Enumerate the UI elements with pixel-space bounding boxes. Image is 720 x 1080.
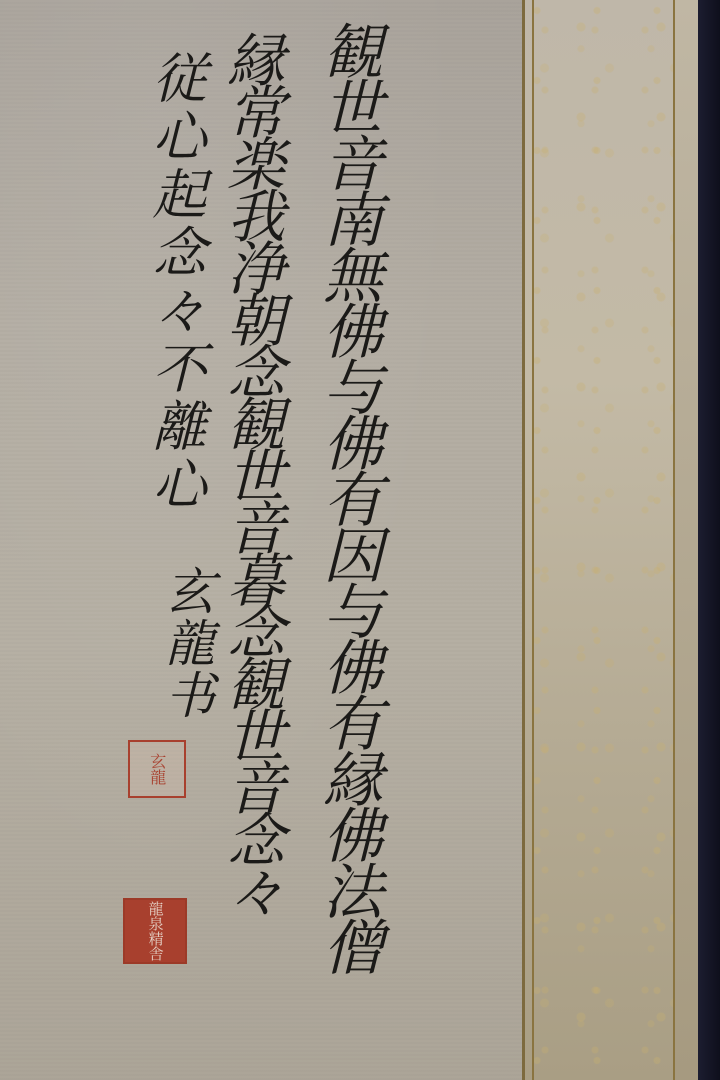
calligraphy-paper: 観世音南無佛与佛有因与佛有縁佛法僧 縁常楽我浄朝念観世音暮念観世音念々 従心起念…: [0, 0, 524, 1080]
artist-seal-lower: 龍泉精舎: [123, 898, 187, 964]
calligraphy-column-3: 従心起念々不離心: [148, 50, 202, 514]
calligraphy-column-1: 観世音南無佛与佛有因与佛有縁佛法僧: [318, 20, 378, 972]
hanging-scroll: 観世音南無佛与佛有因与佛有縁佛法僧 縁常楽我浄朝念観世音暮念観世音念々 従心起念…: [0, 0, 698, 1080]
artist-signature: 玄龍书: [150, 565, 222, 721]
dark-background-edge: [698, 0, 720, 1080]
calligraphy-column-2: 縁常楽我浄朝念観世音暮念観世音念々: [222, 30, 280, 914]
mount-outer-strip: [675, 0, 698, 1080]
mount-inner-line: [532, 0, 534, 1080]
artist-seal-upper: 玄龍: [128, 740, 186, 798]
